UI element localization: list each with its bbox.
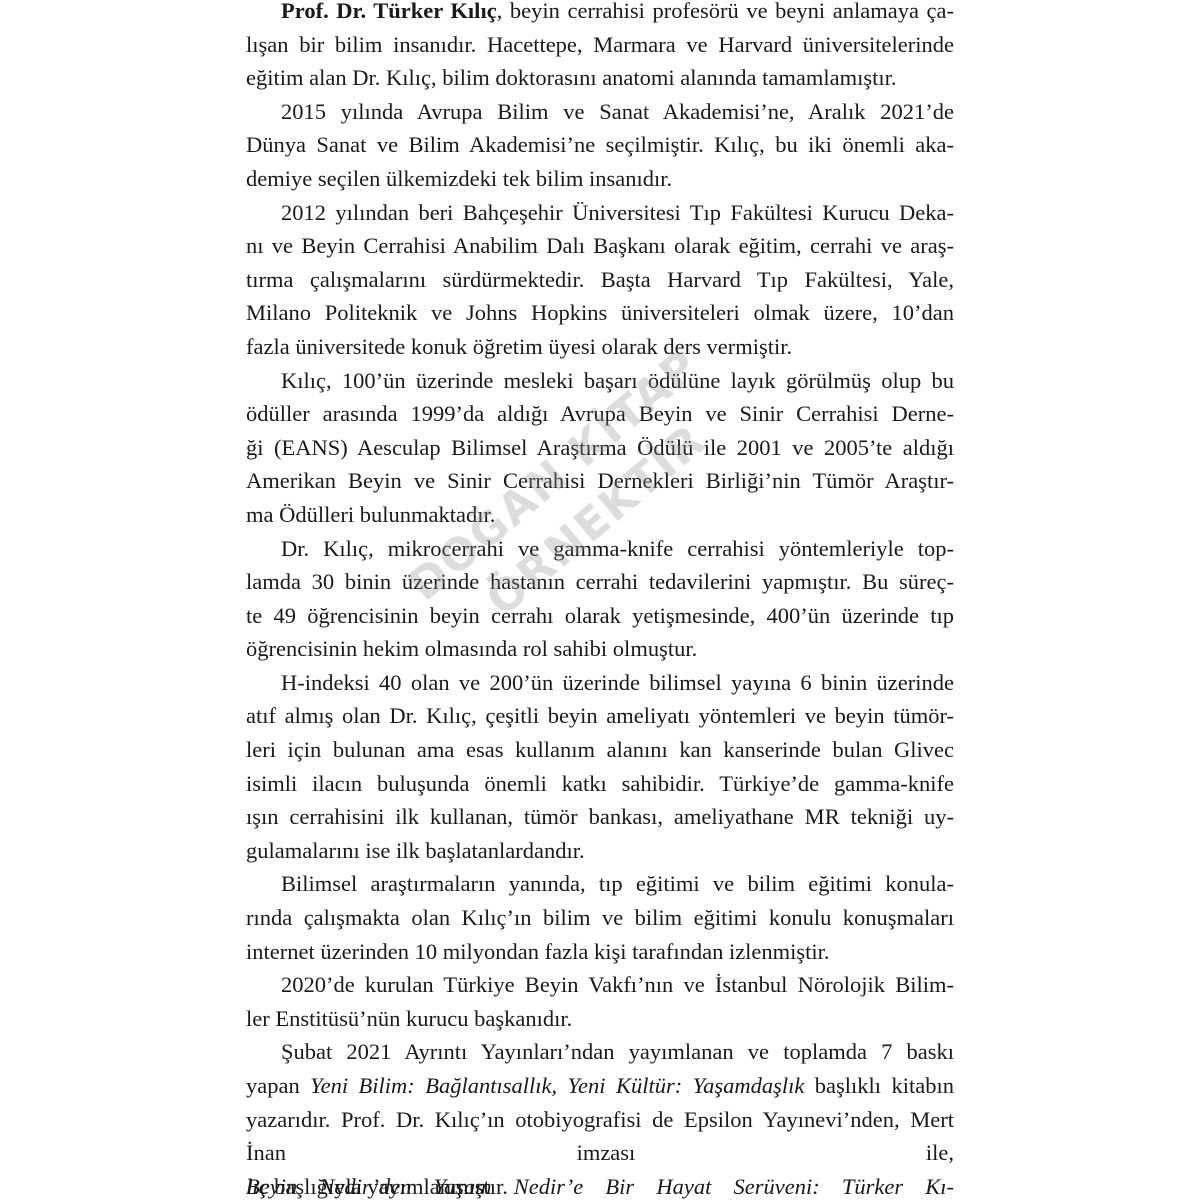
text-segment: başlığıyla yayımlanmıştır.	[269, 1174, 508, 1199]
line-content: Kılıç, 100’ün üzerinde mesleki başarı öd…	[281, 368, 954, 393]
line-content: lıç başlığıyla yayımlanmıştır.	[246, 1174, 508, 1199]
text-line: Dünya Sanat ve Bilim Akademisi’ne seçilm…	[246, 128, 954, 162]
text-line: H-indeksi 40 olan ve 200’ün üzerinde bil…	[246, 666, 954, 700]
line-content: yapan Yeni Bilim: Bağlantısallık, Yeni K…	[246, 1073, 954, 1098]
paragraph: Prof. Dr. Türker Kılıç, beyin cerrahisi …	[246, 0, 954, 95]
text-segment: atıf almış olan Dr. Kılıç, çeşitli beyin…	[246, 703, 954, 728]
text-line: leri için bulunan ama esas kullanım alan…	[246, 733, 954, 767]
line-content: 2012 yılından beri Bahçeşehir Üniversite…	[281, 200, 954, 225]
text-segment: te 49 öğrencisinin beyin cerrahı olarak …	[246, 603, 954, 628]
text-line: internet üzerinden 10 milyondan fazla ki…	[246, 935, 954, 969]
text-line: tırma çalışmalarını sürdürmektedir. Başt…	[246, 263, 954, 297]
text-line: Bilimsel araştırmaların yanında, tıp eği…	[246, 867, 954, 901]
text-segment: fazla üniversitede konuk öğretim üyesi o…	[246, 334, 792, 359]
text-segment: , beyin cerrahisi profesörü ve beyni anl…	[497, 0, 954, 23]
paragraph: Kılıç, 100’ün üzerinde mesleki başarı öd…	[246, 364, 954, 532]
line-content: gulamalarını ise ilk başlatanlardandır.	[246, 838, 585, 863]
text-line: atıf almış olan Dr. Kılıç, çeşitli beyin…	[246, 699, 954, 733]
text-segment: başlıklı kitabın	[804, 1073, 954, 1098]
line-content: Prof. Dr. Türker Kılıç, beyin cerrahisi …	[281, 0, 954, 23]
text-segment: 2012 yılından beri Bahçeşehir Üniversite…	[281, 200, 954, 225]
line-content: te 49 öğrencisinin beyin cerrahı olarak …	[246, 603, 954, 628]
text-segment: ödüller arasında 1999’da aldığı Avrupa B…	[246, 401, 954, 426]
text-segment: rında çalışmakta olan Kılıç’ın bilim ve …	[246, 905, 954, 930]
line-content: rında çalışmakta olan Kılıç’ın bilim ve …	[246, 905, 954, 930]
text-segment: Kılıç, 100’ün üzerinde mesleki başarı öd…	[281, 368, 954, 393]
text-line: rında çalışmakta olan Kılıç’ın bilim ve …	[246, 901, 954, 935]
line-content: tırma çalışmalarını sürdürmektedir. Başt…	[246, 267, 954, 292]
text-segment: yapan	[246, 1073, 310, 1098]
text-segment: ma Ödülleri bulunmaktadır.	[246, 502, 495, 527]
text-line: ışın cerrahisini ilk kullanan, tümör ban…	[246, 800, 954, 834]
paragraph: Bilimsel araştırmaların yanında, tıp eği…	[246, 867, 954, 968]
line-content: internet üzerinden 10 milyondan fazla ki…	[246, 939, 830, 964]
line-content: ler Enstitüsü’nün kurucu başkanıdır.	[246, 1006, 572, 1031]
line-content: lamda 30 binin üzerinde hastanın cerrahi…	[246, 569, 954, 594]
text-line: Dr. Kılıç, mikrocerrahi ve gamma-knife c…	[246, 532, 954, 566]
paragraph: H-indeksi 40 olan ve 200’ün üzerinde bil…	[246, 666, 954, 868]
text-line: te 49 öğrencisinin beyin cerrahı olarak …	[246, 599, 954, 633]
text-line: lamda 30 binin üzerinde hastanın cerrahi…	[246, 565, 954, 599]
text-line: 2012 yılından beri Bahçeşehir Üniversite…	[246, 196, 954, 230]
line-content: Şubat 2021 Ayrıntı Yayınları’ndan yayıml…	[281, 1039, 954, 1064]
text-segment: 2020’de kurulan Türkiye Beyin Vakfı’nın …	[281, 972, 954, 997]
text-segment: yazarıdır. Prof. Dr. Kılıç’ın otobiyogra…	[246, 1107, 954, 1132]
text-segment: lışan bir bilim insanıdır. Hacettepe, Ma…	[246, 32, 954, 57]
line-content: Dr. Kılıç, mikrocerrahi ve gamma-knife c…	[281, 536, 954, 561]
text-segment: 2015 yılında Avrupa Bilim ve Sanat Akade…	[281, 99, 954, 124]
text-line: Prof. Dr. Türker Kılıç, beyin cerrahisi …	[246, 0, 954, 28]
text-line: öğrencisinin hekim olmasında rol sahibi …	[246, 632, 954, 666]
line-content: leri için bulunan ama esas kullanım alan…	[246, 737, 954, 762]
text-line: İnan imzası ile, Beyin Nedir’den Yaşam N…	[246, 1136, 954, 1170]
line-content: isimli ilacın buluşunda önemli katkı sah…	[246, 771, 954, 796]
line-content: Amerikan Beyin ve Sinir Cerrahisi Dernek…	[246, 468, 954, 493]
text-segment: isimli ilacın buluşunda önemli katkı sah…	[246, 771, 954, 796]
text-segment: öğrencisinin hekim olmasında rol sahibi …	[246, 636, 697, 661]
text-segment: eğitim alan Dr. Kılıç, bilim doktorasını…	[246, 65, 897, 90]
text-segment: Dr. Kılıç, mikrocerrahi ve gamma-knife c…	[281, 536, 954, 561]
line-content: atıf almış olan Dr. Kılıç, çeşitli beyin…	[246, 703, 954, 728]
book-title: lıç	[246, 1174, 269, 1199]
text-segment: Şubat 2021 Ayrıntı Yayınları’ndan yayıml…	[281, 1039, 954, 1064]
text-line: Milano Politeknik ve Johns Hopkins ünive…	[246, 296, 954, 330]
paragraph: Dr. Kılıç, mikrocerrahi ve gamma-knife c…	[246, 532, 954, 666]
text-segment: ği (EANS) Aesculap Bilimsel Araştırma Öd…	[246, 435, 954, 460]
line-content: ği (EANS) Aesculap Bilimsel Araştırma Öd…	[246, 435, 954, 460]
line-content: öğrencisinin hekim olmasında rol sahibi …	[246, 636, 697, 661]
paragraph: 2015 yılında Avrupa Bilim ve Sanat Akade…	[246, 95, 954, 196]
text-line: ği (EANS) Aesculap Bilimsel Araştırma Öd…	[246, 431, 954, 465]
text-line: 2020’de kurulan Türkiye Beyin Vakfı’nın …	[246, 968, 954, 1002]
line-content: Milano Politeknik ve Johns Hopkins ünive…	[246, 300, 954, 325]
text-line: ma Ödülleri bulunmaktadır.	[246, 498, 954, 532]
text-line: Amerikan Beyin ve Sinir Cerrahisi Dernek…	[246, 464, 954, 498]
text-line: ödüller arasında 1999’da aldığı Avrupa B…	[246, 397, 954, 431]
line-content: yazarıdır. Prof. Dr. Kılıç’ın otobiyogra…	[246, 1107, 954, 1132]
text-segment: leri için bulunan ama esas kullanım alan…	[246, 737, 954, 762]
text-segment: nı ve Beyin Cerrahisi Anabilim Dalı Başk…	[246, 233, 954, 258]
text-line: gulamalarını ise ilk başlatanlardandır.	[246, 834, 954, 868]
text-line: isimli ilacın buluşunda önemli katkı sah…	[246, 767, 954, 801]
line-content: eğitim alan Dr. Kılıç, bilim doktorasını…	[246, 65, 897, 90]
line-content: ödüller arasında 1999’da aldığı Avrupa B…	[246, 401, 954, 426]
line-content: lışan bir bilim insanıdır. Hacettepe, Ma…	[246, 32, 954, 57]
text-line: lışan bir bilim insanıdır. Hacettepe, Ma…	[246, 28, 954, 62]
text-line: ler Enstitüsü’nün kurucu başkanıdır.	[246, 1002, 954, 1036]
paragraph: 2012 yılından beri Bahçeşehir Üniversite…	[246, 196, 954, 364]
text-segment: gulamalarını ise ilk başlatanlardandır.	[246, 838, 585, 863]
text-segment: tırma çalışmalarını sürdürmektedir. Başt…	[246, 267, 954, 292]
text-segment: lamda 30 binin üzerinde hastanın cerrahi…	[246, 569, 954, 594]
text-line: demiye seçilen ülkemizdeki tek bilim ins…	[246, 162, 954, 196]
paragraph: Şubat 2021 Ayrıntı Yayınları’ndan yayıml…	[246, 1035, 954, 1200]
text-segment: ışın cerrahisini ilk kullanan, tümör ban…	[246, 804, 954, 829]
text-line: yazarıdır. Prof. Dr. Kılıç’ın otobiyogra…	[246, 1103, 954, 1137]
text-segment: İnan imzası ile,	[246, 1140, 954, 1165]
text-line: 2015 yılında Avrupa Bilim ve Sanat Akade…	[246, 95, 954, 129]
line-content: 2015 yılında Avrupa Bilim ve Sanat Akade…	[281, 99, 954, 124]
line-content: ışın cerrahisini ilk kullanan, tümör ban…	[246, 804, 954, 829]
text-segment: H-indeksi 40 olan ve 200’ün üzerinde bil…	[281, 670, 954, 695]
author-name: Prof. Dr. Türker Kılıç	[281, 0, 497, 23]
line-content: ma Ödülleri bulunmaktadır.	[246, 502, 495, 527]
line-content: 2020’de kurulan Türkiye Beyin Vakfı’nın …	[281, 972, 954, 997]
text-segment: Amerikan Beyin ve Sinir Cerrahisi Dernek…	[246, 468, 954, 493]
text-line: fazla üniversitede konuk öğretim üyesi o…	[246, 330, 954, 364]
line-content: fazla üniversitede konuk öğretim üyesi o…	[246, 334, 792, 359]
text-segment: Bilimsel araştırmaların yanında, tıp eği…	[281, 871, 954, 896]
line-content: Bilimsel araştırmaların yanında, tıp eği…	[281, 871, 954, 896]
text-segment: demiye seçilen ülkemizdeki tek bilim ins…	[246, 166, 672, 191]
text-line: Şubat 2021 Ayrıntı Yayınları’ndan yayıml…	[246, 1035, 954, 1069]
text-line: Kılıç, 100’ün üzerinde mesleki başarı öd…	[246, 364, 954, 398]
text-segment: Milano Politeknik ve Johns Hopkins ünive…	[246, 300, 954, 325]
document-page: Prof. Dr. Türker Kılıç, beyin cerrahisi …	[246, 0, 954, 1200]
line-content: Dünya Sanat ve Bilim Akademisi’ne seçilm…	[246, 132, 954, 157]
text-segment: Dünya Sanat ve Bilim Akademisi’ne seçilm…	[246, 132, 954, 157]
line-content: H-indeksi 40 olan ve 200’ün üzerinde bil…	[281, 670, 954, 695]
text-segment: ler Enstitüsü’nün kurucu başkanıdır.	[246, 1006, 572, 1031]
line-content: nı ve Beyin Cerrahisi Anabilim Dalı Başk…	[246, 233, 954, 258]
text-line: eğitim alan Dr. Kılıç, bilim doktorasını…	[246, 61, 954, 95]
text-segment: internet üzerinden 10 milyondan fazla ki…	[246, 939, 830, 964]
line-content: demiye seçilen ülkemizdeki tek bilim ins…	[246, 166, 672, 191]
book-title: Yeni Bilim: Bağlantısallık, Yeni Kültür:…	[310, 1073, 804, 1098]
text-line: nı ve Beyin Cerrahisi Anabilim Dalı Başk…	[246, 229, 954, 263]
paragraph: 2020’de kurulan Türkiye Beyin Vakfı’nın …	[246, 968, 954, 1035]
text-line: yapan Yeni Bilim: Bağlantısallık, Yeni K…	[246, 1069, 954, 1103]
